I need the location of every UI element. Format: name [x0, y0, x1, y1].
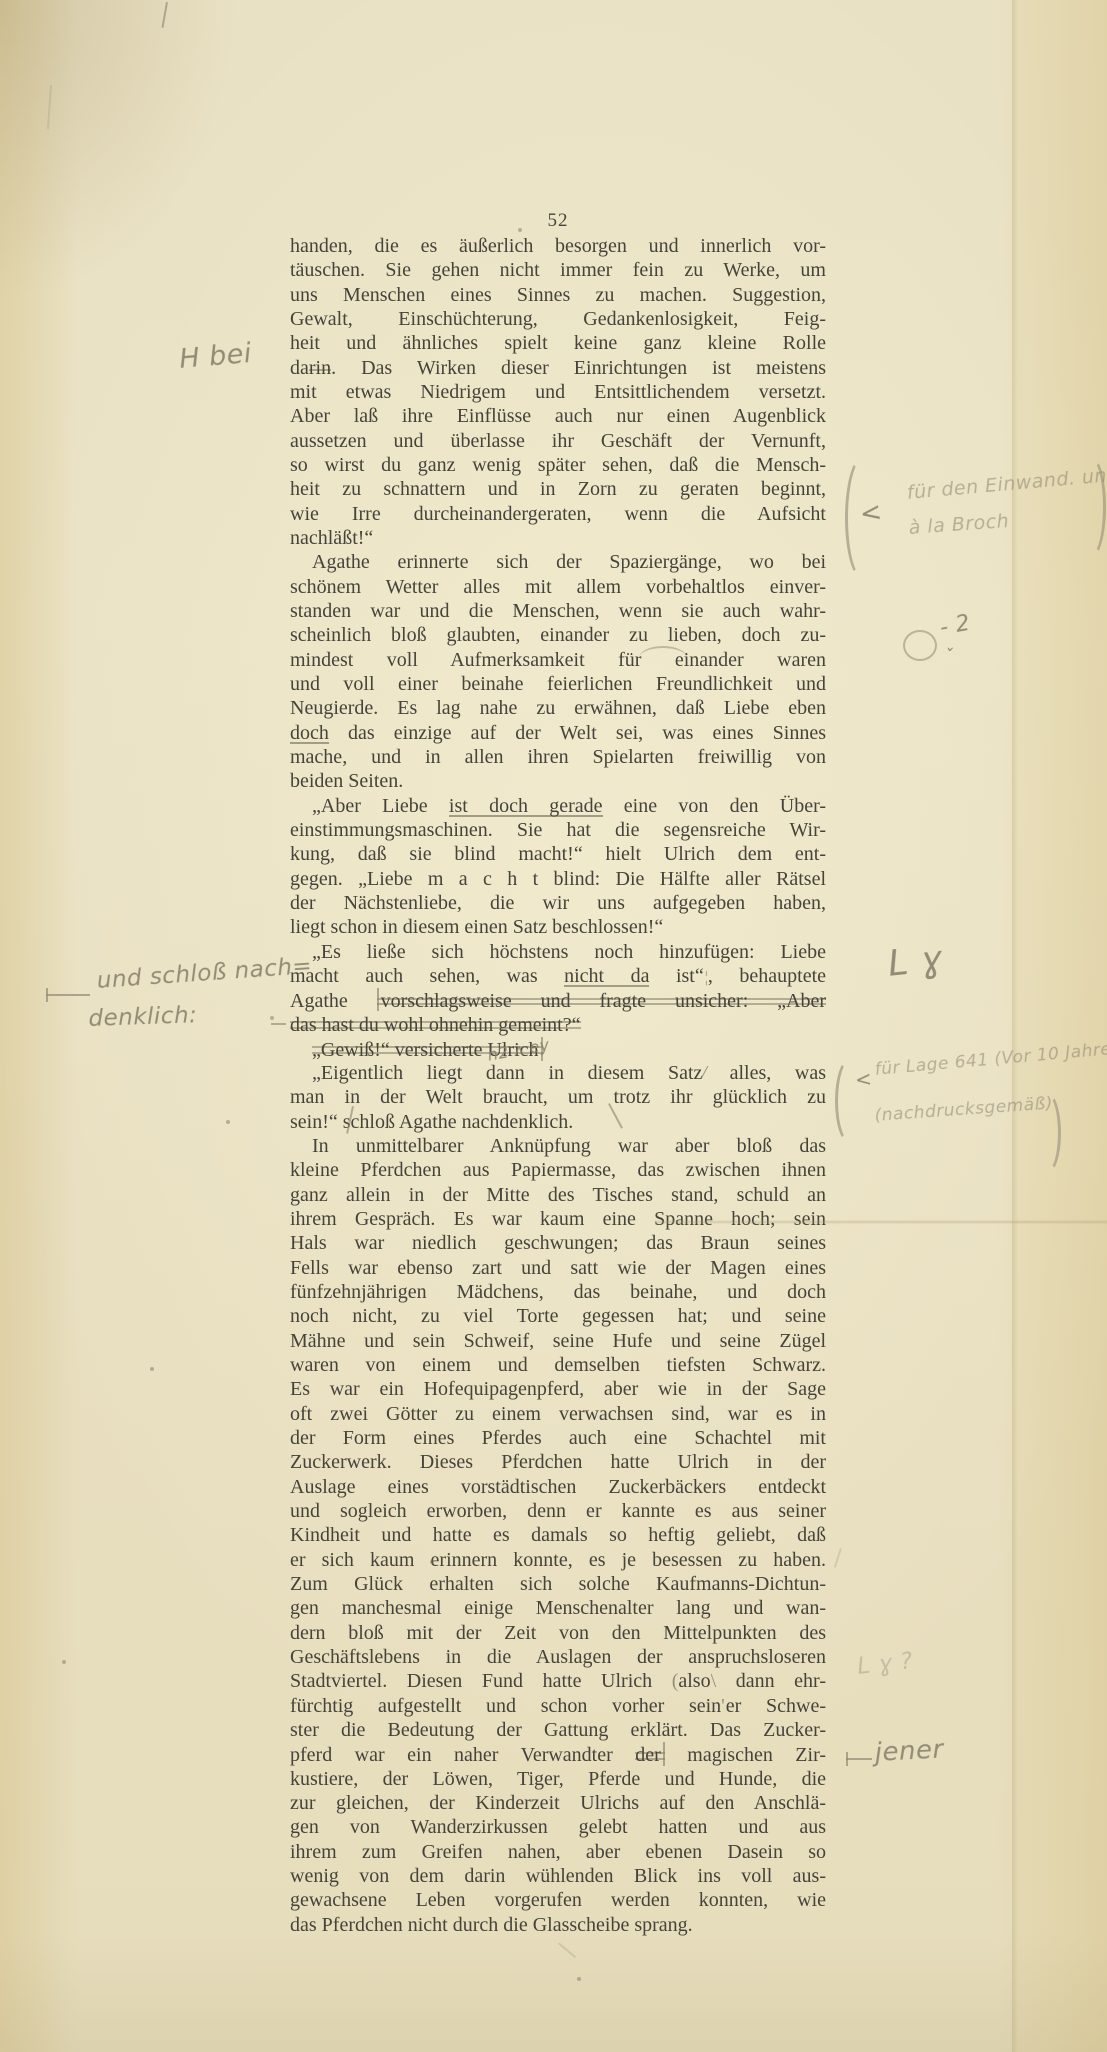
text-line: Zuckerwerk. Dieses Pferdchen hatte Ulric…	[290, 1450, 826, 1474]
text-line: standen war und die Menschen, wenn sie a…	[290, 599, 826, 623]
text-line: Mähne und sein Schweif, seine Hufe und s…	[290, 1329, 826, 1353]
text-line: kleine Pferdchen aus Papiermasse, das zw…	[290, 1158, 826, 1182]
text-line: scheinlich bloß glaubten, einander zu li…	[290, 623, 826, 647]
pencil-mark-s1: rin	[309, 357, 331, 379]
pencil-mark-slashm	[702, 1062, 729, 1084]
text-line: Zum Glück erhalten sich solche Kaufmanns…	[290, 1572, 826, 1596]
bottom-shadow	[0, 1932, 1107, 2052]
text-line: Stadtviertel. Diesen Fund hatte Ulrich a…	[290, 1669, 826, 1693]
text-line: das hast du wohl ohnehin gemeint?“	[290, 1013, 826, 1037]
scanned-book-page: 52 handen, die es äußerlich besorgen und…	[0, 0, 1107, 2052]
text-line: so wirst du ganz wenig später sehen, daß…	[290, 453, 826, 477]
text-line: oft zwei Götter zu einem verwachsen sind…	[290, 1402, 826, 1426]
text-line: Geschäftslebens in die Auslagen der ansp…	[290, 1645, 826, 1669]
margin-note-einwand-2: à la Broch	[908, 510, 1010, 539]
text-line: gegen. „Liebe m a c h t blind: Die Hälft…	[290, 867, 826, 891]
text-line: mit etwas Niedrigem und Entsittlichendem…	[290, 380, 826, 404]
text-line: nachläßt!“	[290, 526, 826, 550]
right-paren-close-2	[1033, 1092, 1061, 1174]
pencil-mark-u: ist doch gerade	[449, 795, 603, 817]
text-line: zur gleichen, der Kinderzeit Ulrichs auf…	[290, 1791, 826, 1815]
text-line: fünfzehnjährigen Mädchens, das beinahe, …	[290, 1280, 826, 1304]
text-line: gewachsene Leben vorgerufen werden konnt…	[290, 1888, 826, 1912]
text-line: mindest voll Aufmerksamkeit für einander…	[290, 648, 826, 672]
corner-shadow	[0, 0, 240, 300]
speck-margin	[270, 1016, 274, 1020]
speck-bottom	[577, 1977, 581, 1981]
margin-note-jener: jener	[874, 1734, 944, 1768]
text-line: das Pferdchen nicht durch die Glasscheib…	[290, 1913, 826, 1937]
pencil-mark-u: doch	[290, 722, 329, 744]
text-line: gen manchesmal einige Menschenalter lang…	[290, 1596, 826, 1620]
text-line: Hals war niedlich geschwungen; das Braun…	[290, 1231, 826, 1255]
text-line: ganz allein in der Mitte des Tisches sta…	[290, 1183, 826, 1207]
speck-lower-left	[62, 1660, 66, 1664]
text-line: und voll einer beinahe feierlichen Freun…	[290, 672, 826, 696]
arrow-left-mark-2: <	[854, 1066, 873, 1091]
margin-note-und-schloss: und schloß nach=	[96, 953, 313, 994]
speck-near-pageno	[518, 228, 522, 232]
text-line: wie Irre durcheinandergeraten, wenn die …	[290, 502, 826, 526]
text-line: einstimmungsmaschinen. Sie hat die segen…	[290, 818, 826, 842]
text-line: ster die Bedeutung der Gattung erklärt. …	[290, 1718, 826, 1742]
text-line: sein!“ schloß Agathe nachdenklich.	[290, 1110, 826, 1134]
pencil-mark-u: nicht da	[564, 965, 649, 987]
text-line: schönem Wetter alles mit allem vorbehalt…	[290, 575, 826, 599]
pencil-mark-arcm: eina	[641, 649, 708, 671]
margin-note-denklich: denklich:	[88, 1002, 198, 1032]
pencil-slash-right	[834, 1548, 842, 1568]
text-line: Auslage eines vorstädtischen Zuckerbäcke…	[290, 1475, 826, 1499]
text-line: der Nächstenliebe, die wir uns aufgegebe…	[290, 891, 826, 915]
text-line: pferd war ein naher Verwandter der magis…	[290, 1742, 826, 1766]
text-line: er sich kaum erinnern konnte, es je bese…	[290, 1548, 826, 1572]
text-line: doch das einzige auf der Welt sei, was e…	[290, 721, 826, 745]
text-line: dern bloß mit der Zeit von den Mittelpun…	[290, 1621, 826, 1645]
text-line: Fells war ebenso zart und satt wie der M…	[290, 1256, 826, 1280]
margin-mark-minus-2: - 2	[938, 611, 972, 641]
pencil-circle	[903, 630, 937, 661]
text-line: Es war ein Hofequipagenpferd, aber wie i…	[290, 1377, 826, 1401]
insertion-tick-right	[846, 1758, 872, 1760]
text-line: Aber laß ihre Einflüsse auch nur einen A…	[290, 404, 826, 428]
text-line: darin. Das Wirken dieser Einrichtungen i…	[290, 356, 826, 380]
text-line: man in der Welt braucht, um trotz ihr gl…	[290, 1085, 826, 1109]
text-line: handen, die es äußerlich besorgen und in…	[290, 234, 826, 258]
text-line: noch nicht, zu viel Torte gegessen hat; …	[290, 1304, 826, 1328]
text-line: mache, und in allen ihren Spielarten fre…	[290, 745, 826, 769]
pencil-mark-aftertick: sein	[689, 1695, 726, 1717]
right-paren-close-1	[1076, 456, 1106, 558]
check-tick: ˇ	[944, 646, 954, 667]
text-line: der Form eines Pferdes auch eine Schacht…	[290, 1426, 826, 1450]
speck-mid-left	[150, 1367, 154, 1371]
arrow-left-mark-1: <	[858, 497, 884, 530]
text-line: In unmittelbarer Anknüpfung war aber blo…	[290, 1134, 826, 1158]
page-fold-left-shading	[0, 0, 72, 2052]
text-line: „Eigentlich liegt dann in diesem Satz al…	[290, 1061, 826, 1085]
text-line: kung, daß sie blind macht!“ hielt Ulrich…	[290, 842, 826, 866]
text-line: ihrem zum Greifen nahen, aber ebenen Das…	[290, 1840, 826, 1864]
text-line: heit zu schnattern und in Zorn zu gerate…	[290, 477, 826, 501]
text-line: Gewalt, Einschüchterung, Gedankenlosigke…	[290, 307, 826, 331]
text-line: liegt schon in diesem einen Satz beschlo…	[290, 915, 826, 939]
text-line: „Gewiß!“ versicherte Ulrich	[290, 1037, 826, 1061]
text-line: uns Menschen eines Sinnes zu machen. Sug…	[290, 283, 826, 307]
pencil-mark-s2e: der	[635, 1744, 665, 1766]
text-line: „Aber Liebe ist doch gerade eine von den…	[290, 794, 826, 818]
text-line: kustiere, der Löwen, Tiger, Pferde und H…	[290, 1767, 826, 1791]
speck-left-margin	[226, 1120, 230, 1124]
text-line: aussetzen und überlasse ihr Geschäft der…	[290, 429, 826, 453]
speck-center	[430, 1560, 434, 1564]
text-line: Neugierde. Es lag nahe zu erwähnen, daß …	[290, 696, 826, 720]
margin-mark-l-g: L ɣ	[886, 938, 944, 984]
text-line: und sogleich erworben, denn er kannte es…	[290, 1499, 826, 1523]
margin-note-h-bei: H bei	[178, 338, 253, 375]
text-line: fürchtig aufgestellt und schon vorher se…	[290, 1694, 826, 1718]
text-line: wenig von dem darin wühlenden Blick ins …	[290, 1864, 826, 1888]
text-line: heit und ähnliches spielt keine ganz kle…	[290, 331, 826, 355]
text-line: Agathe vorschlagsweise und fragte unsich…	[290, 988, 826, 1012]
pencil-mark-tickp: ist“	[676, 965, 708, 987]
text-line: ihrem Gespräch. Es war kaum eine Spanne …	[290, 1207, 826, 1231]
crease-line	[655, 1221, 1107, 1223]
pencil-mark-wrap: also	[672, 1670, 716, 1692]
text-block: handen, die es äußerlich besorgen und in…	[290, 234, 826, 1937]
pencil-mark-s2b: das hast du wohl ohnehin gemeint?“	[290, 1014, 581, 1036]
text-line: gen von Wanderzirkussen gelebt hatten un…	[290, 1815, 826, 1839]
text-line: beiden Seiten.	[290, 769, 826, 793]
page-number: 52	[290, 210, 826, 232]
text-line: täuschen. Sie gehen nicht immer fein zu …	[290, 258, 826, 282]
insertion-tick-left	[46, 994, 90, 996]
margin-mark-l-g-2: L ɣ ?	[856, 1648, 914, 1680]
text-line: Agathe erinnerte sich der Spaziergänge, …	[290, 550, 826, 574]
text-line: „Es ließe sich höchstens noch hinzufügen…	[290, 940, 826, 964]
pencil-mark-s2t: vorschlagsweise und fragte unsicher: „Ab…	[377, 990, 826, 1012]
text-line: macht auch sehen, was nicht da ist“, beh…	[290, 964, 826, 988]
text-line: Kindheit und hatte es damals so heftig g…	[290, 1523, 826, 1547]
page-fold-right-shading	[1012, 0, 1107, 2052]
text-line: waren von einem und demselben tiefsten S…	[290, 1353, 826, 1377]
